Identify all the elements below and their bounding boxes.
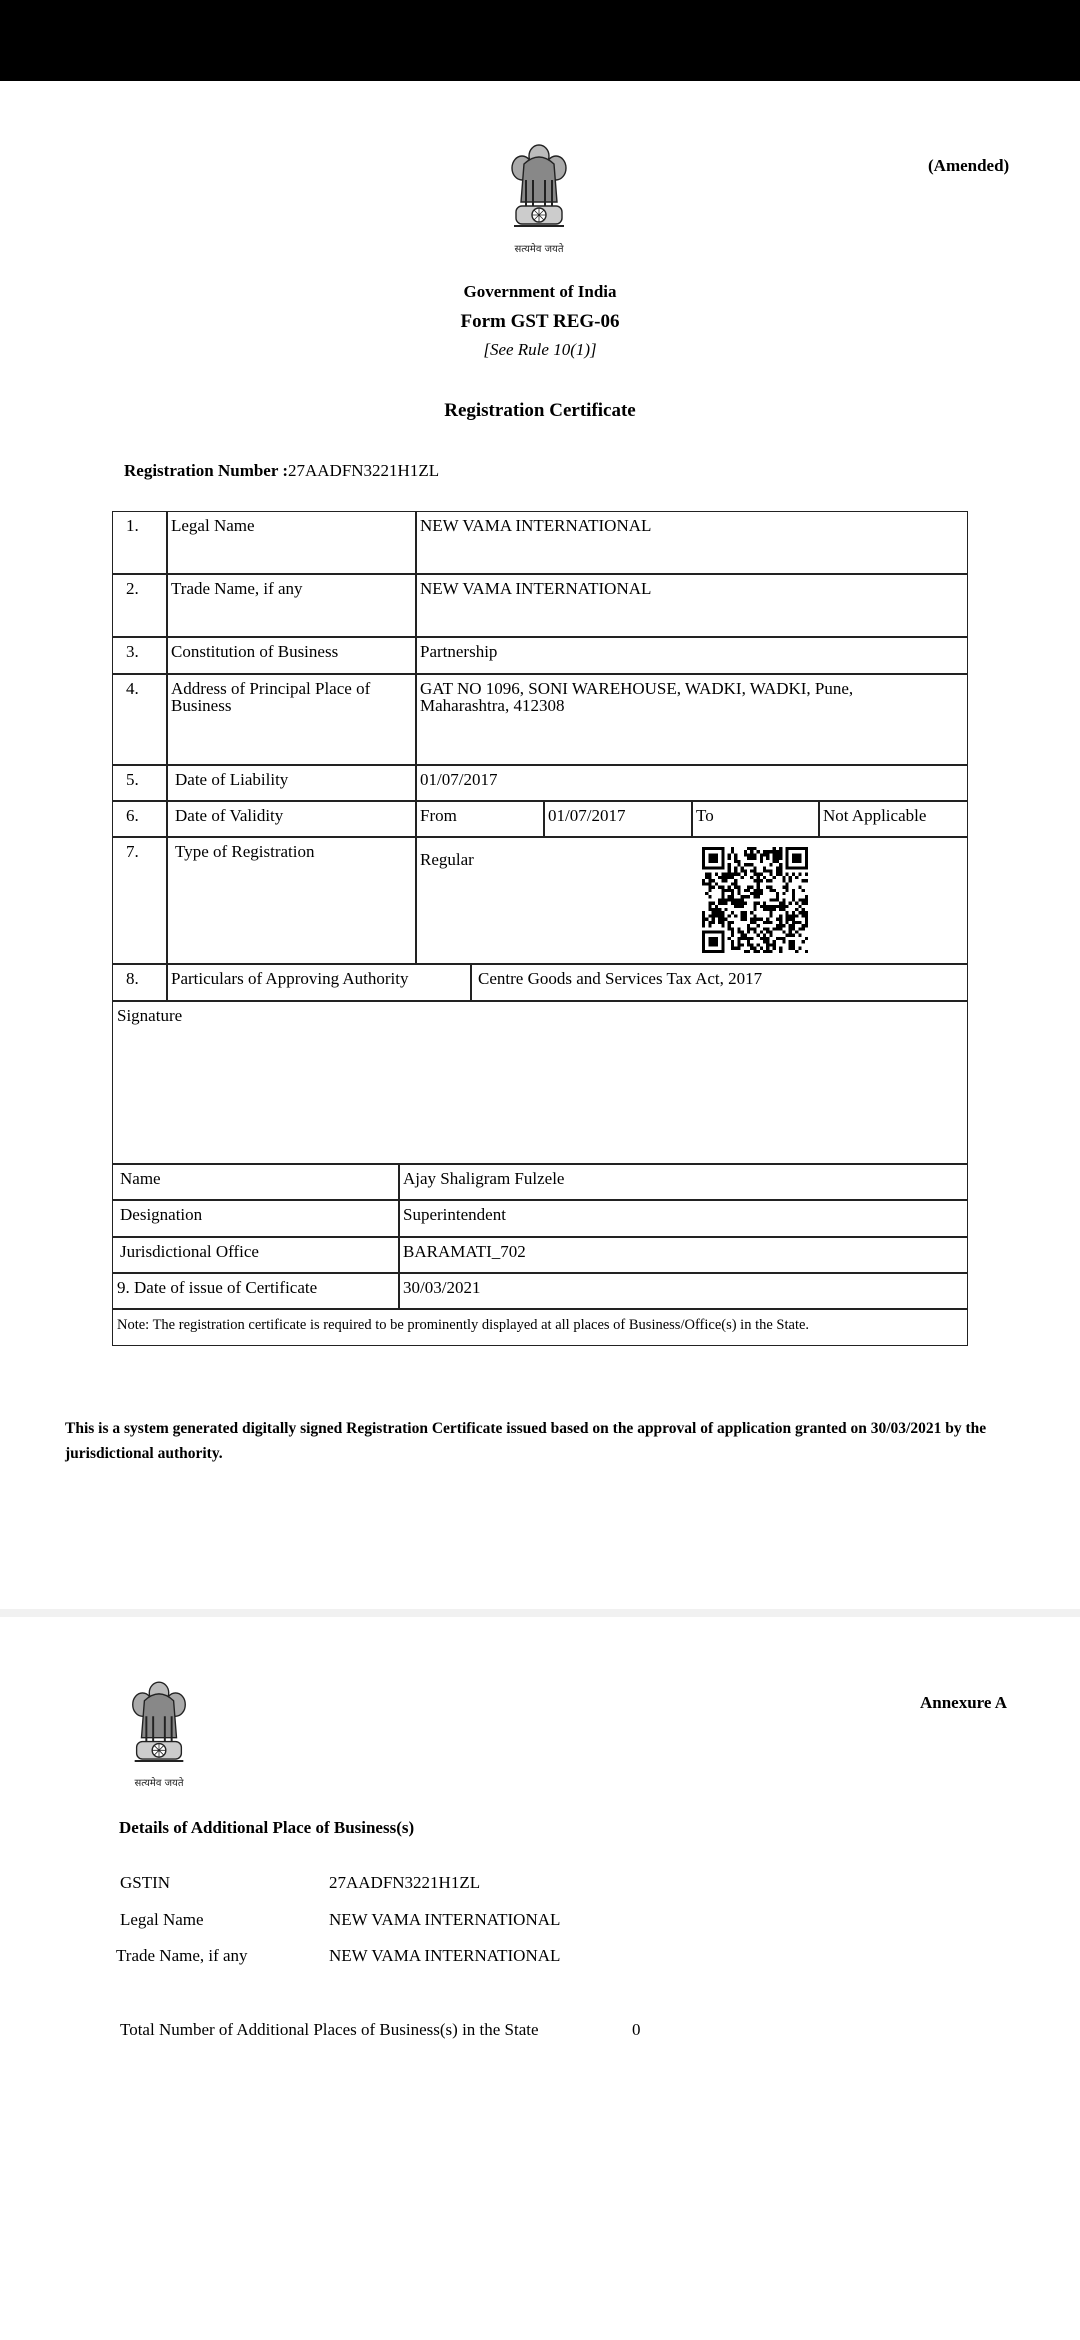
row-label: Date of Validity	[171, 801, 415, 824]
additional-places-title: Details of Additional Place of Business(…	[119, 1818, 414, 1838]
rule-reference: [See Rule 10(1)]	[0, 340, 1080, 360]
page-break	[0, 1609, 1080, 1617]
form-title: Form GST REG-06	[0, 311, 1080, 333]
detail-label: Legal Name	[120, 1910, 204, 1930]
signatory-label: Name	[116, 1164, 396, 1187]
row-number: 1.	[122, 511, 166, 534]
registration-number-value: 27AADFN3221H1ZL	[288, 461, 439, 480]
row-number: 2.	[122, 574, 166, 597]
emblem-motto: सत्यमेव जयते	[123, 1775, 195, 1789]
row-number: 5.	[122, 765, 166, 788]
emblem-motto: सत्यमेव जयते	[502, 241, 576, 255]
issue-date-value: 30/03/2021	[399, 1273, 959, 1296]
national-emblem-icon: सत्यमेव जयते	[123, 1676, 195, 1792]
signatory-label: Jurisdictional Office	[116, 1237, 396, 1260]
digital-signature-disclaimer: This is a system generated digitally sig…	[65, 1416, 1025, 1466]
row-label: Particulars of Approving Authority	[167, 964, 467, 987]
validity-from-value: 01/07/2017	[544, 801, 691, 824]
legal-name-value: NEW VAMA INTERNATIONAL	[416, 511, 966, 534]
gstin-value: 27AADFN3221H1ZL	[329, 1873, 480, 1893]
liability-date-value: 01/07/2017	[416, 765, 966, 788]
registration-number-label: Registration Number :	[124, 461, 288, 480]
row-number: 6.	[122, 801, 166, 824]
total-value: 0	[632, 2020, 641, 2040]
qr-code-icon	[702, 847, 808, 953]
address-value: GAT NO 1096, SONI WAREHOUSE, WADKI, WADK…	[416, 674, 936, 714]
row-label: Constitution of Business	[167, 637, 415, 660]
row-label: Date of Liability	[171, 765, 415, 788]
government-title: Government of India	[0, 282, 1080, 302]
designation-value: Superintendent	[399, 1200, 959, 1223]
approving-authority-value: Centre Goods and Services Tax Act, 2017	[474, 964, 964, 987]
trade-name-value: NEW VAMA INTERNATIONAL	[416, 574, 966, 597]
legal-name-value: NEW VAMA INTERNATIONAL	[329, 1910, 560, 1930]
national-emblem-icon: सत्यमेव जयते	[502, 140, 576, 256]
row-label: Address of Principal Place of Business	[167, 674, 397, 714]
validity-to-value: Not Applicable	[819, 801, 967, 824]
registration-type-value: Regular	[416, 845, 616, 868]
registration-number: Registration Number :27AADFN3221H1ZL	[124, 461, 439, 481]
jurisdictional-office-value: BARAMATI_702	[399, 1237, 959, 1260]
validity-from-label: From	[416, 801, 543, 824]
detail-label: Trade Name, if any	[116, 1946, 248, 1966]
trade-name-value: NEW VAMA INTERNATIONAL	[329, 1946, 560, 1966]
row-label: Trade Name, if any	[167, 574, 415, 597]
row-number: 7.	[122, 837, 166, 860]
annexure-label: Annexure A	[920, 1693, 1007, 1713]
detail-label: GSTIN	[120, 1873, 170, 1893]
signatory-label: Designation	[116, 1200, 396, 1223]
signatory-name-value: Ajay Shaligram Fulzele	[399, 1164, 959, 1187]
row-number: 4.	[122, 674, 166, 697]
validity-to-label: To	[692, 801, 818, 824]
amended-label: (Amended)	[928, 156, 1009, 176]
certificate-title: Registration Certificate	[0, 400, 1080, 422]
signature-label: Signature	[113, 1001, 413, 1024]
row-number: 3.	[122, 637, 166, 660]
row-label: Type of Registration	[171, 837, 415, 860]
display-note: Note: The registration certificate is re…	[113, 1311, 963, 1334]
constitution-value: Partnership	[416, 637, 966, 660]
row-label: Legal Name	[167, 511, 415, 534]
signatory-label: 9. Date of issue of Certificate	[113, 1273, 397, 1296]
top-bar	[0, 0, 1080, 81]
total-label: Total Number of Additional Places of Bus…	[120, 2020, 539, 2040]
row-number: 8.	[122, 964, 166, 987]
